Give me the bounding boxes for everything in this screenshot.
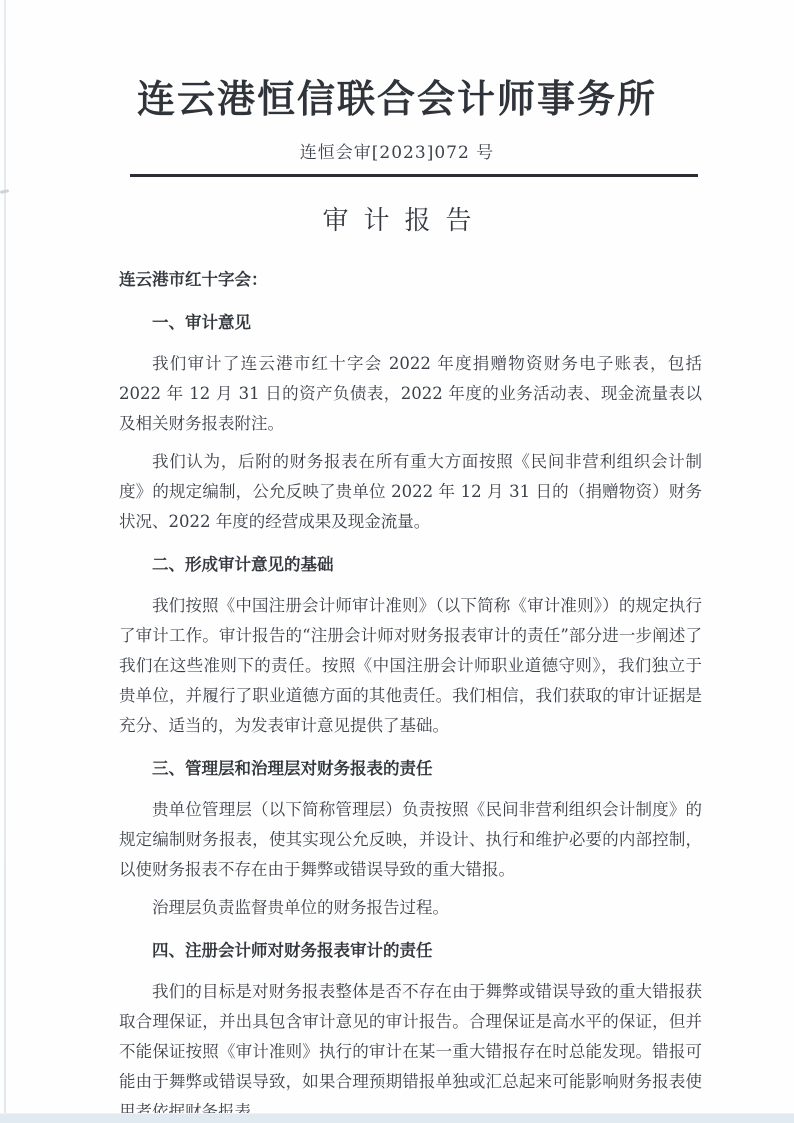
document-header: 连云港恒信联合会计师事务所 连恒会审[2023]072 号 <box>0 0 794 163</box>
section-audit-opinion: 一、审计意见 我们审计了连云港市红十字会 2022 年度捐赠物资财务电子账表，包… <box>119 308 702 537</box>
paragraph: 我们按照《中国注册会计师审计准则》（以下简称《审计准则》）的规定执行了审计工作。… <box>119 591 702 741</box>
audit-report-page: 连云港恒信联合会计师事务所 连恒会审[2023]072 号 审计报告 连云港市红… <box>0 0 794 1123</box>
section-heading: 四、注册会计师对财务报表审计的责任 <box>119 936 702 966</box>
scan-edge-artifact-bottom <box>0 1113 794 1123</box>
document-body: 连云港市红十字会： 一、审计意见 我们审计了连云港市红十字会 2022 年度捐赠… <box>119 265 702 1123</box>
paragraph: 我们认为，后附的财务报表在所有重大方面按照《民间非营利组织会计制度》的规定编制，… <box>119 447 702 537</box>
section-basis-for-opinion: 二、形成审计意见的基础 我们按照《中国注册会计师审计准则》（以下简称《审计准则》… <box>119 550 702 741</box>
addressee-salutation: 连云港市红十字会： <box>119 265 702 295</box>
paragraph: 我们的目标是对财务报表整体是否不存在由于舞弊或错误导致的重大错报获取合理保证，并… <box>119 977 702 1123</box>
paragraph: 我们审计了连云港市红十字会 2022 年度捐赠物资财务电子账表，包括 2022 … <box>119 349 702 439</box>
section-heading: 二、形成审计意见的基础 <box>119 550 702 580</box>
document-number: 连恒会审[2023]072 号 <box>0 138 794 163</box>
section-heading: 三、管理层和治理层对财务报表的责任 <box>119 754 702 784</box>
header-divider-rule <box>130 174 698 177</box>
report-title: 审计报告 <box>0 200 794 237</box>
paragraph: 贵单位管理层（以下简称管理层）负责按照《民间非营利组织会计制度》的规定编制财务报… <box>119 795 702 885</box>
firm-name: 连云港恒信联合会计师事务所 <box>0 76 794 122</box>
section-heading: 一、审计意见 <box>119 308 702 338</box>
scan-edge-artifact-left <box>4 0 6 1123</box>
paragraph: 治理层负责监督贵单位的财务报告过程。 <box>119 893 702 923</box>
section-management-responsibility: 三、管理层和治理层对财务报表的责任 贵单位管理层（以下简称管理层）负责按照《民间… <box>119 754 702 923</box>
section-auditor-responsibility: 四、注册会计师对财务报表审计的责任 我们的目标是对财务报表整体是否不存在由于舞弊… <box>119 936 702 1123</box>
